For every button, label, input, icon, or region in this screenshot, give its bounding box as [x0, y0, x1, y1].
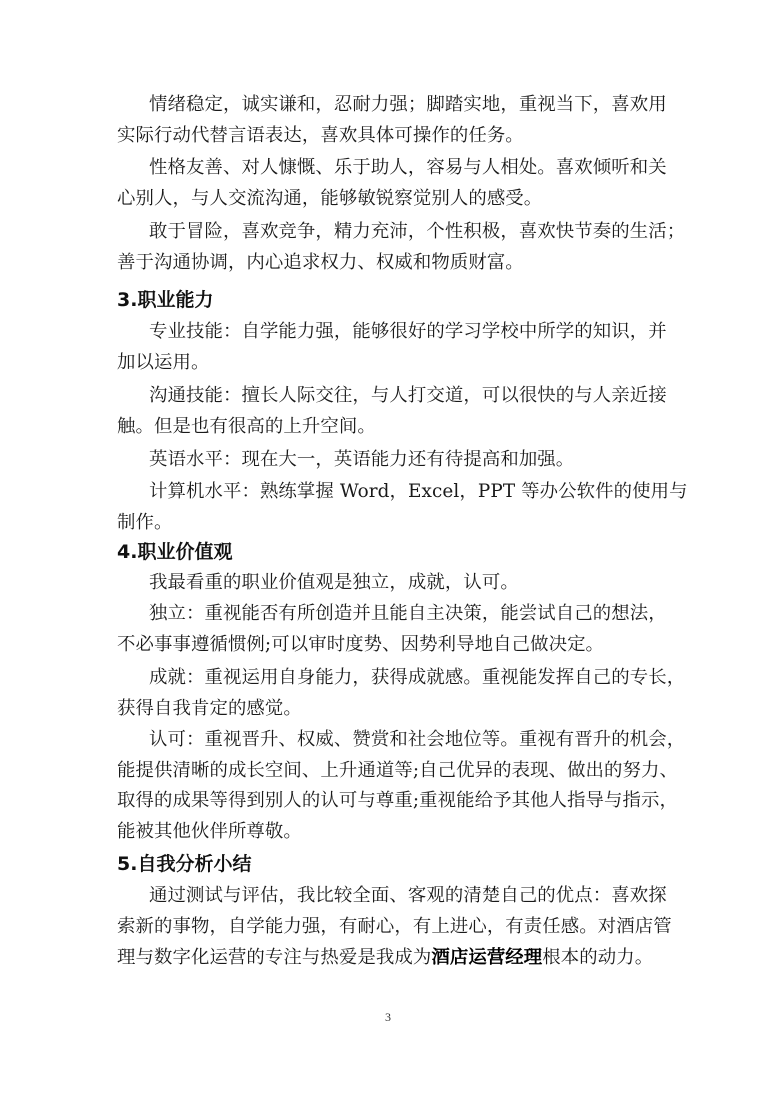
paragraph-line: 敢于冒险，喜欢竞争，精力充沛，个性积极，喜欢快节奏的生活；: [149, 221, 694, 243]
paragraph-line: 专业技能：自学能力强，能够很好的学习学校中所学的知识，并: [149, 321, 694, 343]
paragraph-line: 沟通技能：擅长人际交往，与人打交道，可以很快的与人亲近接: [149, 385, 694, 407]
paragraph-line: 实际行动代替言语表达，喜欢具体可操作的任务。: [117, 125, 662, 147]
paragraph-line: 获得自我肯定的感觉。: [117, 698, 662, 720]
paragraph-line: 能提供清晰的成长空间、上升通道等;自己优异的表现、做出的努力、: [117, 760, 662, 782]
paragraph-line: 英语水平：现在大一，英语能力还有待提高和加强。: [149, 449, 694, 471]
text-run: 理与数字化运营的专注与热爱是我成为: [117, 947, 431, 968]
paragraph-line: 制作。: [117, 512, 662, 534]
paragraph-line: 取得的成果等得到别人的认可与尊重;重视能给予其他人指导与指示，: [117, 790, 662, 812]
section-heading-career-ability: 3.职业能力: [117, 288, 213, 312]
paragraph-line: 善于沟通协调，内心追求权力、权威和物质财富。: [117, 252, 662, 274]
paragraph-line: 索新的事物，自学能力强，有耐心，有上进心，有责任感。对酒店管: [117, 916, 662, 938]
paragraph-line: 触。但是也有很高的上升空间。: [117, 416, 662, 438]
paragraph-line: 计算机水平：熟练掌握 Word，Excel，PPT 等办公软件的使用与: [149, 481, 694, 503]
paragraph-line: 能被其他伙伴所尊敬。: [117, 821, 662, 843]
paragraph-line: 情绪稳定，诚实谦和，忍耐力强；脚踏实地，重视当下，喜欢用: [149, 94, 694, 116]
document-page: 情绪稳定，诚实谦和，忍耐力强；脚踏实地，重视当下，喜欢用 实际行动代替言语表达，…: [0, 0, 774, 1095]
paragraph-line: 不必事事遵循惯例;可以审时度势、因势利导地自己做决定。: [117, 634, 662, 656]
section-heading-self-analysis-summary: 5.自我分析小结: [117, 852, 251, 876]
emphasized-job-title: 酒店运营经理: [431, 947, 542, 968]
text-run: 根本的动力。: [542, 947, 653, 968]
section-heading-career-values: 4.职业价值观: [117, 540, 232, 564]
page-number: 3: [382, 1010, 394, 1025]
paragraph-line: 理与数字化运营的专注与热爱是我成为酒店运营经理根本的动力。: [117, 947, 662, 969]
paragraph-line: 认可：重视晋升、权威、赞赏和社会地位等。重视有晋升的机会，: [149, 729, 694, 751]
paragraph-line: 独立：重视能否有所创造并且能自主决策，能尝试自己的想法，: [149, 603, 694, 625]
paragraph-line: 性格友善、对人慷慨、乐于助人，容易与人相处。喜欢倾听和关: [149, 157, 694, 179]
paragraph-line: 心别人，与人交流沟通，能够敏锐察觉别人的感受。: [117, 188, 662, 210]
paragraph-line: 通过测试与评估，我比较全面、客观的清楚自己的优点：喜欢探: [149, 885, 694, 907]
paragraph-line: 我最看重的职业价值观是独立，成就，认可。: [149, 572, 694, 594]
paragraph-line: 成就：重视运用自身能力，获得成就感。重视能发挥自己的专长，: [149, 667, 694, 689]
paragraph-line: 加以运用。: [117, 352, 662, 374]
